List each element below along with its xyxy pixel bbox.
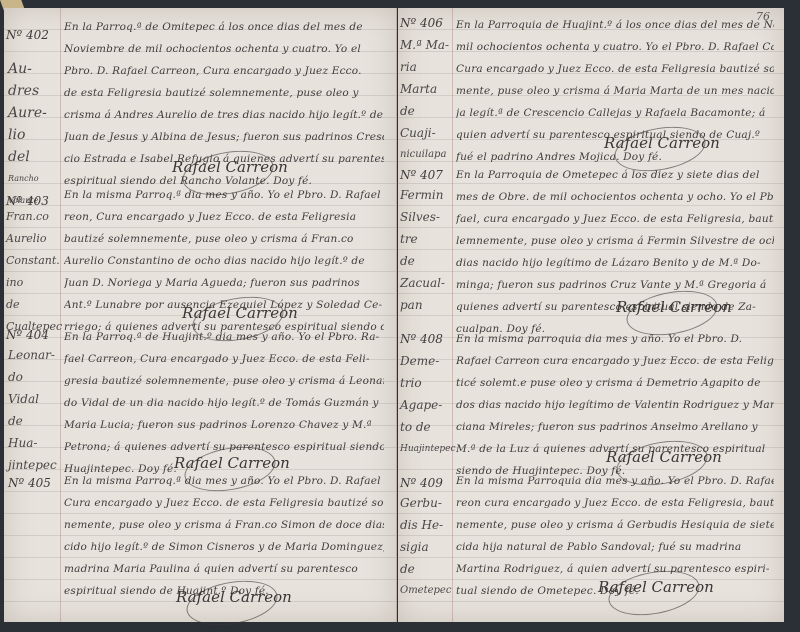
priest-signature: Rafael Carreon — [172, 158, 288, 176]
priest-signature: Rafael Carreon — [598, 578, 714, 596]
entry-name: Fran.co Aurelio Constant. ino de Cualtep… — [6, 206, 64, 338]
entry-name: Deme- trio Agape- to de Huajintepec — [400, 350, 458, 460]
priest-signature: Rafael Carreon — [616, 298, 732, 316]
right-page: 76 Nº 406 M.ª Ma- ria Marta de Cuaji- ni… — [398, 8, 784, 622]
priest-signature: Rafael Carreon — [604, 134, 720, 152]
entry-name: Leonar- do Vidal de Hua- jintepec — [8, 344, 66, 476]
entry-name: Fermin Silves- tre de Zacual- pan — [400, 184, 458, 316]
entry-name: Au- dres Aure- lio del Rancho Volante — [8, 58, 66, 212]
priest-signature: Rafael Carreon — [176, 588, 292, 606]
entry-name: M.ª Ma- ria Marta de Cuaji- nicuilapa — [400, 34, 458, 166]
entry-number: Nº 407 — [400, 168, 443, 182]
entry-number: Nº 402 — [6, 28, 49, 42]
open-register-book: Nº 402 Au- dres Aure- lio del Rancho Vol… — [0, 0, 800, 632]
entry-number: Nº 409 — [400, 476, 443, 490]
priest-signature: Rafael Carreon — [182, 304, 298, 322]
entry-number: Nº 405 — [8, 476, 51, 490]
priest-signature: Rafael Carreon — [606, 448, 722, 466]
entry-name: Gerbu- dis He- sigia de Ometepec — [400, 492, 458, 602]
entry-number: Nº 406 — [400, 16, 443, 30]
left-page: Nº 402 Au- dres Aure- lio del Rancho Vol… — [4, 8, 397, 622]
entry-number: Nº 408 — [400, 332, 443, 346]
entry-number: Nº 404 — [6, 328, 49, 342]
